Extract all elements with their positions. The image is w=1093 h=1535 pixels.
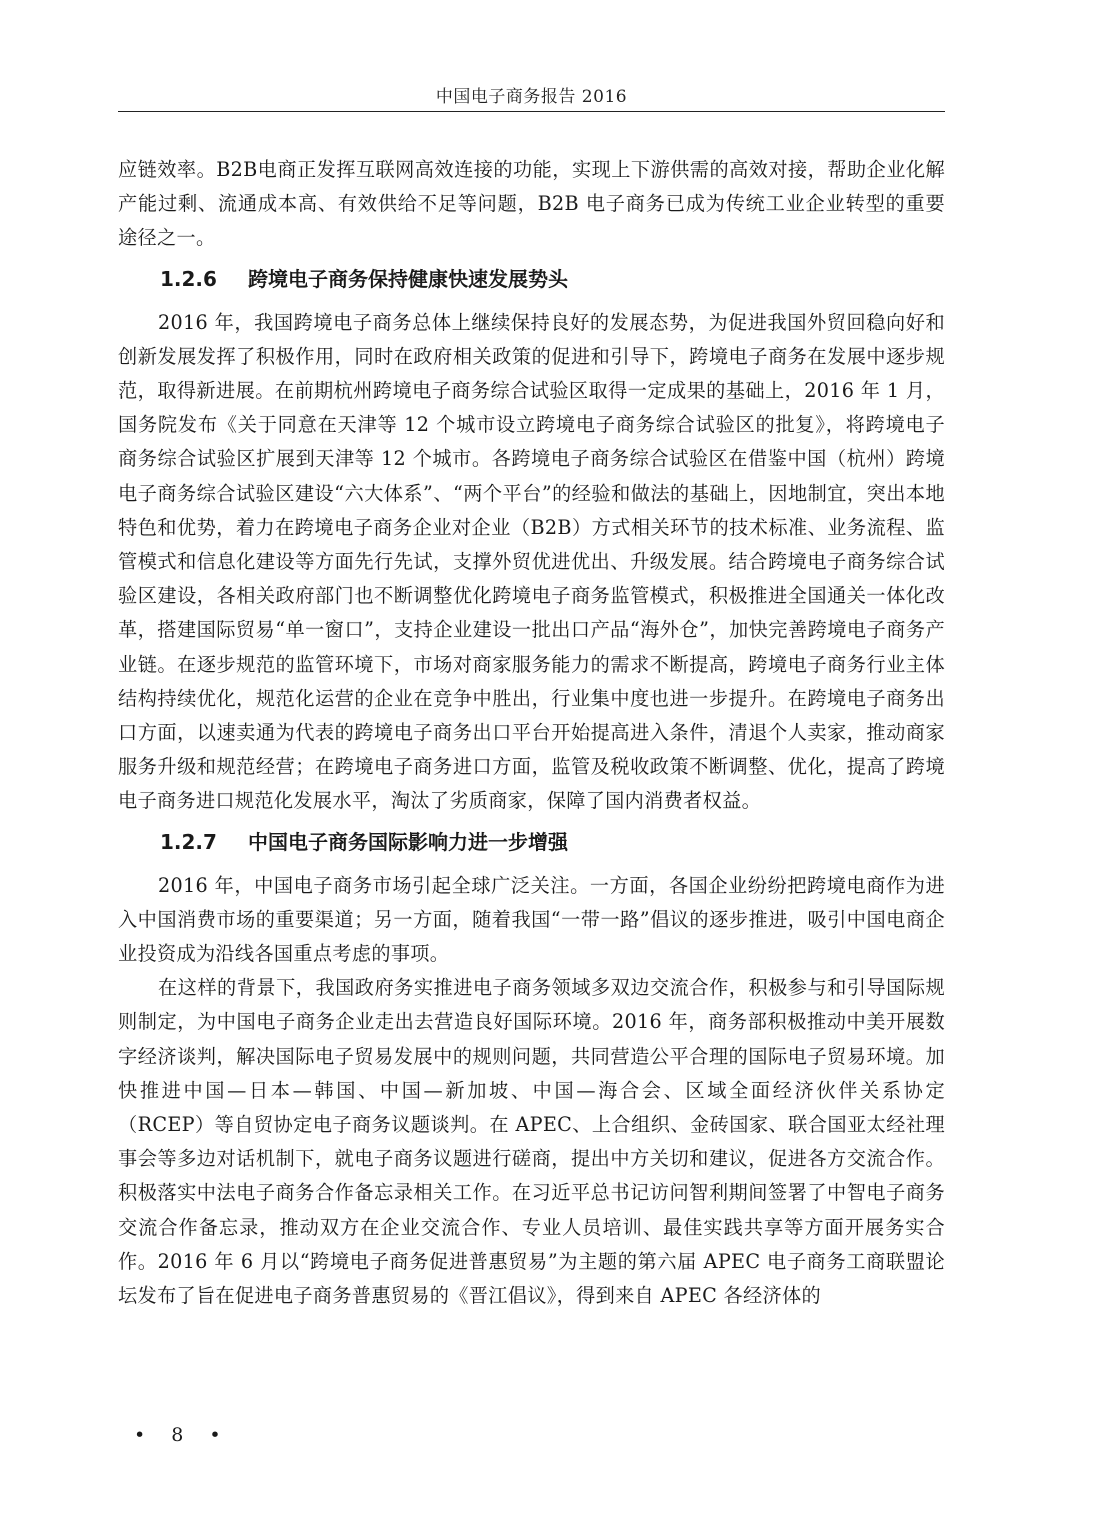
page-number: • 8 • bbox=[134, 1424, 231, 1446]
running-header: 中国电子商务报告 2016 bbox=[118, 82, 945, 107]
section-title: 跨境电子商务保持健康快速发展势头 bbox=[248, 267, 568, 291]
section-title: 中国电子商务国际影响力进一步增强 bbox=[248, 830, 568, 854]
section-heading-1-2-7: 1.2.7中国电子商务国际影响力进一步增强 bbox=[118, 825, 945, 859]
intro-paragraph: 应链效率。B2B电商正发挥互联网高效连接的功能，实现上下游供需的高效对接，帮助企… bbox=[118, 153, 945, 256]
paragraph: 在这样的背景下，我国政府务实推进电子商务领域多双边交流合作，积极参与和引导国际规… bbox=[118, 971, 945, 1313]
paragraph: 2016 年，中国电子商务市场引起全球广泛关注。一方面，各国企业纷纷把跨境电商作… bbox=[118, 869, 945, 972]
paragraph: 2016 年，我国跨境电子商务总体上继续保持良好的发展态势，为促进我国外贸回稳向… bbox=[118, 306, 945, 819]
header-rule bbox=[118, 111, 945, 112]
page-body: 应链效率。B2B电商正发挥互联网高效连接的功能，实现上下游供需的高效对接，帮助企… bbox=[118, 153, 945, 1313]
section-heading-1-2-6: 1.2.6跨境电子商务保持健康快速发展势头 bbox=[118, 262, 945, 296]
section-number: 1.2.6 bbox=[160, 262, 248, 296]
section-number: 1.2.7 bbox=[160, 825, 248, 859]
